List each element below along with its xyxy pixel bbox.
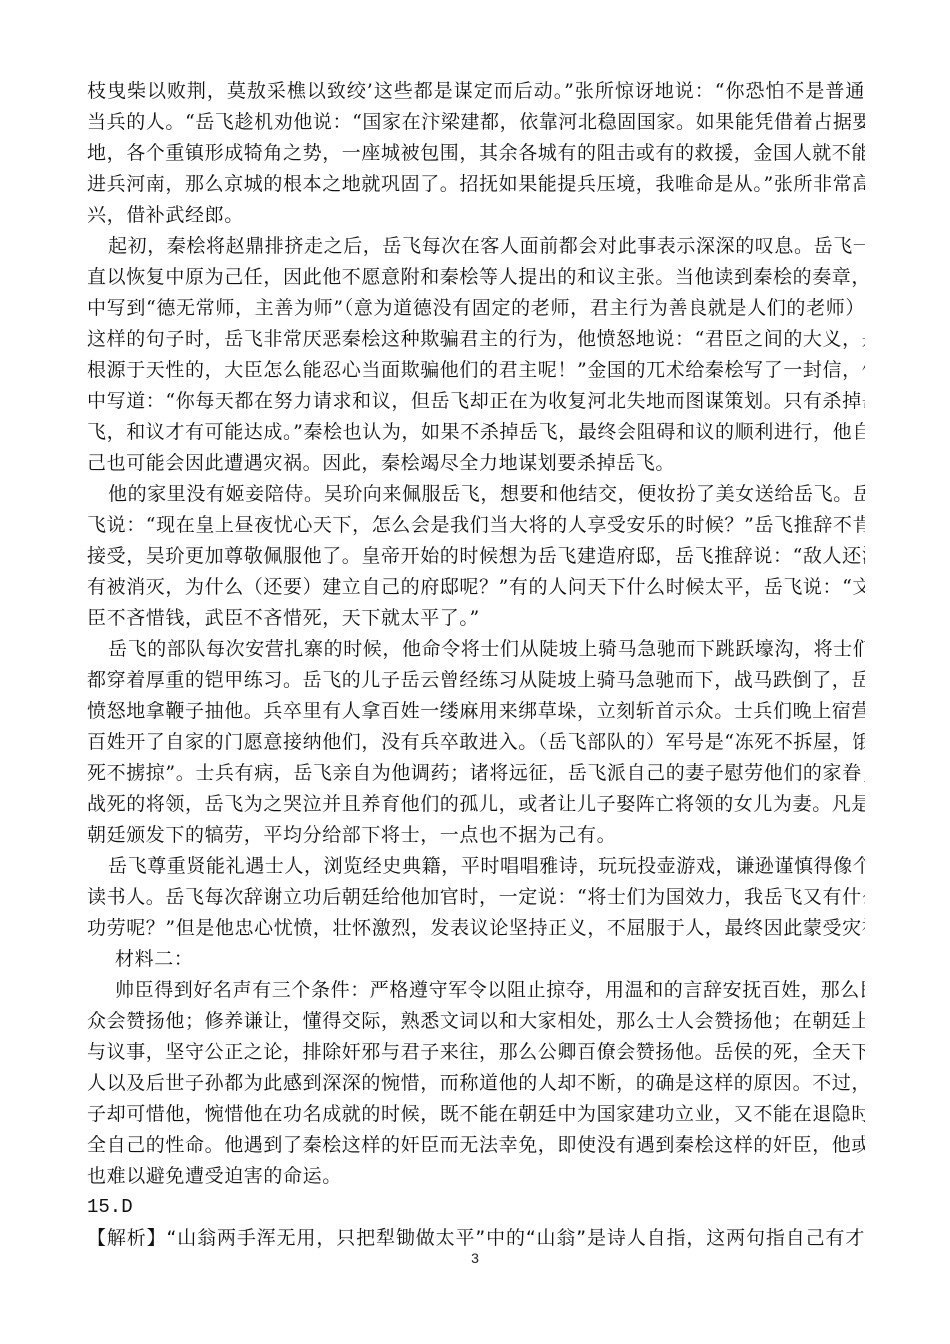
text-line: 枝曳柴以败荆，莫敖采樵以致绞’这些都是谋定而后动。”张所惊讶地说：“你恐怕不是普… (87, 76, 865, 107)
text-line: 有被消灭，为什么（还要）建立自己的府邸呢？”有的人问天下什么时候太平，岳飞说：“… (87, 572, 865, 603)
text-line: 起初，秦桧将赵鼎排挤走之后，岳飞每次在客人面前都会对此事表示深深的叹息。岳飞一 (87, 231, 865, 262)
text-line: 都穿着厚重的铠甲练习。岳飞的儿子岳云曾经练习从陡坡上骑马急驰而下，战马跌倒了，岳… (87, 665, 865, 696)
text-line: 地，各个重镇形成犄角之势，一座城被包围，其余各城有的阻击或有的救援，金国人就不能… (87, 138, 865, 169)
text-line: 中写道：“你每天都在努力请求和议，但岳飞却正在为收复河北失地而图谋策划。只有杀掉… (87, 386, 865, 417)
answer-section: 15.D 【解析】“山翁两手浑无用，只把犁锄做太平”中的“山翁”是诗人自指，这两… (87, 1192, 865, 1254)
paragraph-army-discipline: 岳飞的部队每次安营扎寨的时候，他命令将士们从陡坡上骑马急驰而下跳跃壕沟，将士们 … (87, 634, 865, 851)
text-line: 己也可能会因此遭遇灾祸。因此，秦桧竭尽全力地谋划要杀掉岳飞。 (87, 448, 865, 479)
text-line: 飞说：“现在皇上昼夜忧心天下，怎么会是我们当大将的人享受安乐的时候？”岳飞推辞不… (87, 510, 865, 541)
text-line: 他的家里没有姬妾陪侍。吴玠向来佩服岳飞，想要和他结交，便妆扮了美女送给岳飞。岳 (87, 479, 865, 510)
section-heading: 材料二： (87, 944, 865, 975)
text-line: 进兵河南，那么京城的根本之地就巩固了。招抚如果能提兵压境，我唯命是从。”张所非常… (87, 169, 865, 200)
text-line: 当兵的人。“岳飞趁机劝他说：“国家在汴梁建都，依靠河北稳固国家。如果能凭借着占据… (87, 107, 865, 138)
text-line: 全自己的性命。他遇到了秦桧这样的奸臣而无法幸免，即使没有遇到秦桧这样的奸臣，他或… (87, 1130, 865, 1161)
paragraph-zhang-suo: 枝曳柴以败荆，莫敖采樵以致绞’这些都是谋定而后动。”张所惊讶地说：“你恐怕不是普… (87, 76, 865, 231)
paragraph-scholar: 岳飞尊重贤能礼遇士人，浏览经史典籍，平时唱唱雅诗，玩玩投壶游戏，谦逊谨慎得像个 … (87, 851, 865, 944)
text-line: 臣不吝惜钱，武臣不吝惜死，天下就太平了。” (87, 603, 865, 634)
text-line: 帅臣得到好名声有三个条件：严格遵守军令以阻止掠夺，用温和的言辞安抚百姓，那么民 (87, 975, 865, 1006)
text-line: 子却可惜他，惋惜他在功名成就的时候，既不能在朝廷中为国家建功立业，又不能在退隐时… (87, 1099, 865, 1130)
text-line: 愤怒地拿鞭子抽他。兵卒里有人拿百姓一缕麻用来绑草垛，立刻斩首示众。士兵们晚上宿营… (87, 696, 865, 727)
text-line: 岳飞尊重贤能礼遇士人，浏览经史典籍，平时唱唱雅诗，玩玩投壶游戏，谦逊谨慎得像个 (87, 851, 865, 882)
text-line: 接受，吴玠更加尊敬佩服他了。皇帝开始的时候想为岳飞建造府邸，岳飞推辞说：“敌人还… (87, 541, 865, 572)
text-line: 这样的句子时，岳飞非常厌恶秦桧这种欺骗君主的行为，他愤怒地说：“君臣之间的大义，… (87, 324, 865, 355)
text-line: 众会赞扬他；修养谦让，懂得交际，熟悉文词以和大家相处，那么士人会赞扬他；在朝廷上… (87, 1006, 865, 1037)
text-line: 也难以避免遭受迫害的命运。 (87, 1161, 865, 1192)
text-line: 功劳呢？”但是他忠心忧愤，壮怀激烈，发表议论坚持正义，不屈服于人，最终因此蒙受灾… (87, 913, 865, 944)
text-line: 直以恢复中原为己任，因此他不愿意附和秦桧等人提出的和议主张。当他读到秦桧的奏章，… (87, 262, 865, 293)
text-line: 读书人。岳飞每次辞谢立功后朝廷给他加官时，一定说：“将士们为国效力，我岳飞又有什… (87, 882, 865, 913)
page-number: 3 (0, 1250, 950, 1266)
document-body: 枝曳柴以败荆，莫敖采樵以致绞’这些都是谋定而后动。”张所惊讶地说：“你恐怕不是普… (87, 76, 865, 1254)
text-line: 战死的将领，岳飞为之哭泣并且养育他们的孤儿，或者让儿子娶阵亡将领的女儿为妻。凡是… (87, 789, 865, 820)
paragraph-qin-hui: 起初，秦桧将赵鼎排挤走之后，岳飞每次在客人面前都会对此事表示深深的叹息。岳飞一 … (87, 231, 865, 479)
text-line: 与议事，坚守公正之论，排除奸邪与君子来往，那么公卿百僚会赞扬他。岳侯的死，全天下… (87, 1037, 865, 1068)
text-line: 中写到“德无常师，主善为师”（意为道德没有固定的老师，君主行为善良就是人们的老师… (87, 293, 865, 324)
text-line: 兴，借补武经郎。 (87, 200, 865, 231)
paragraph-wu-jie: 他的家里没有姬妾陪侍。吴玠向来佩服岳飞，想要和他结交，便妆扮了美女送给岳飞。岳 … (87, 479, 865, 634)
text-line: 百姓开了自家的门愿意接纳他们，没有兵卒敢进入。（岳飞部队的）军号是“冻死不拆屋，… (87, 727, 865, 758)
text-line: 岳飞的部队每次安营扎寨的时候，他命令将士们从陡坡上骑马急驰而下跳跃壕沟，将士们 (87, 634, 865, 665)
material-two-section: 材料二： 帅臣得到好名声有三个条件：严格遵守军令以阻止掠夺，用温和的言辞安抚百姓… (87, 944, 865, 1192)
text-line: 飞，和议才有可能达成。”秦桧也认为，如果不杀掉岳飞，最终会阻碍和议的顺利进行，他… (87, 417, 865, 448)
text-line: 人以及后世子孙都为此感到深深的惋惜，而称道他的人却不断，的确是这样的原因。不过，… (87, 1068, 865, 1099)
text-line: 朝廷颁发下的犒劳，平均分给部下将士，一点也不据为己有。 (87, 820, 865, 851)
text-line: 根源于天性的，大臣怎么能忍心当面欺骗他们的君主呢！”金国的兀术给秦桧写了一封信，… (87, 355, 865, 386)
text-line: 死不掳掠”。士兵有病，岳飞亲自为他调药；诸将远征，岳飞派自己的妻子慰劳他们的家眷… (87, 758, 865, 789)
answer-number: 15.D (87, 1192, 865, 1223)
